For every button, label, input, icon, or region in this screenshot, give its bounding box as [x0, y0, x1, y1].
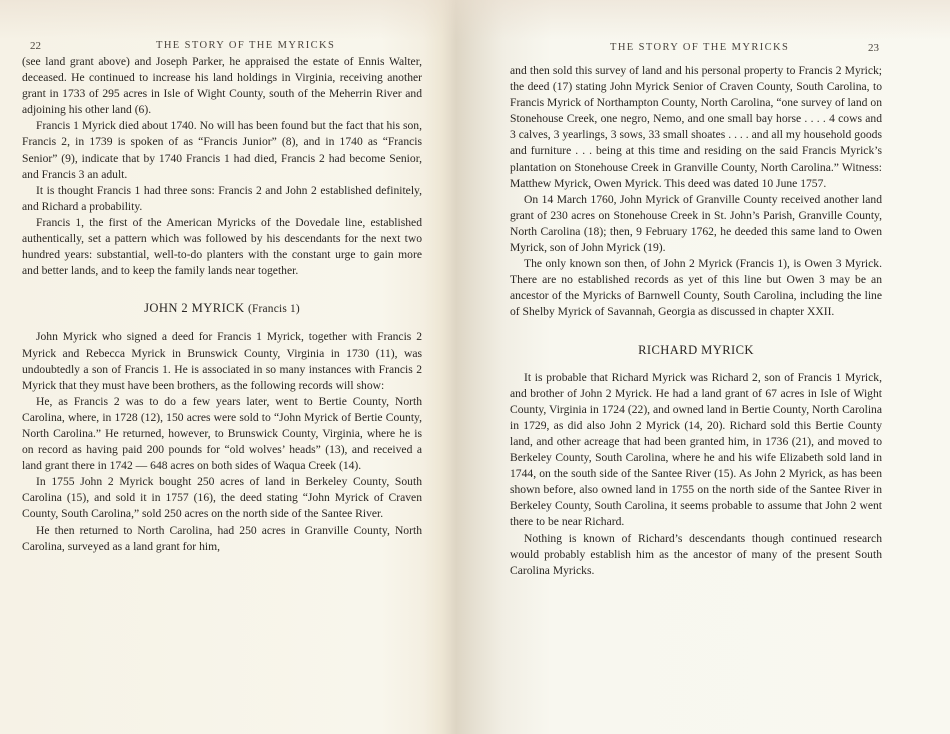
paragraph: In 1755 John 2 Myrick bought 250 acres o…: [22, 474, 422, 522]
paragraph: Francis 1 Myrick died about 1740. No wil…: [22, 118, 422, 182]
paragraph: The only known son then, of John 2 Myric…: [510, 256, 882, 320]
page-number-left: 22: [30, 40, 41, 52]
paragraph: Francis 1, the first of the American Myr…: [22, 215, 422, 279]
section-heading-parent: (Francis 1): [248, 303, 300, 315]
page-number-right: 23: [868, 42, 879, 54]
right-page-body: and then sold this survey of land and hi…: [510, 63, 882, 579]
paragraph: On 14 March 1760, John Myrick of Granvil…: [510, 192, 882, 256]
section-heading-richard-myrick: RICHARD MYRICK: [510, 342, 882, 358]
left-page-body: (see land grant above) and Joseph Parker…: [22, 54, 422, 555]
paragraph: He then returned to North Carolina, had …: [22, 523, 422, 555]
paragraph: He, as Francis 2 was to do a few years l…: [22, 394, 422, 474]
paragraph: Nothing is known of Richard’s descendant…: [510, 531, 882, 579]
section-heading-name: JOHN 2 MYRICK: [144, 301, 244, 315]
book-spread: 22 THE STORY OF THE MYRICKS (see land gr…: [0, 0, 950, 734]
section-heading-john-2-myrick: JOHN 2 MYRICK (Francis 1): [22, 300, 422, 317]
running-head-right: THE STORY OF THE MYRICKS: [610, 42, 789, 53]
paragraph: John Myrick who signed a deed for Franci…: [22, 329, 422, 393]
paragraph: It is thought Francis 1 had three sons: …: [22, 183, 422, 215]
paragraph: (see land grant above) and Joseph Parker…: [22, 54, 422, 118]
section-heading-name: RICHARD MYRICK: [638, 343, 754, 357]
paragraph: and then sold this survey of land and hi…: [510, 63, 882, 192]
running-head-left: THE STORY OF THE MYRICKS: [156, 40, 335, 51]
paragraph: It is probable that Richard Myrick was R…: [510, 370, 882, 531]
